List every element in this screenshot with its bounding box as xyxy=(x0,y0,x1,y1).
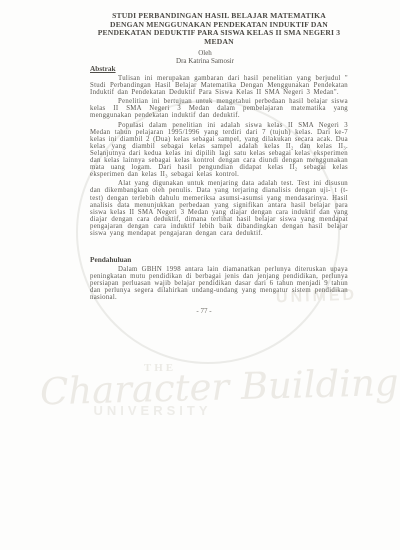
byline: Oleh Dra Katrina Samosir xyxy=(90,50,320,65)
introduction-paragraph-1: Dalam GBHN 1998 antara lain diamanatkan … xyxy=(90,266,348,301)
scanned-paper-page: UNIMED THE Character Building UNIVERSITY… xyxy=(0,0,400,550)
title-line-4: MEDAN xyxy=(80,38,358,47)
abstract-paragraph-1: Tulisan ini merupakan gambaran dari hasi… xyxy=(90,75,348,96)
abstract-paragraph-3: Populasi dalam penelitian ini adalah sis… xyxy=(90,122,348,179)
abstract-paragraph-2: Penelitian ini bertujuan untuk mengetahu… xyxy=(90,98,348,119)
page-number: - 77 - xyxy=(90,307,318,315)
abstract-section: Abstrak Tulisan ini merupakan gambaran d… xyxy=(90,65,348,237)
document-title: STUDI PERBANDINGAN HASIL BELAJAR MATEMAT… xyxy=(80,12,358,46)
abstract-paragraph-4: Alat yang digunakan untuk menjaring data… xyxy=(90,180,348,237)
introduction-section: Pendahuluan Dalam GBHN 1998 antara lain … xyxy=(90,256,348,301)
introduction-heading: Pendahuluan xyxy=(90,256,348,264)
abstract-heading: Abstrak xyxy=(90,65,348,73)
page-content: STUDI PERBANDINGAN HASIL BELAJAR MATEMAT… xyxy=(90,0,348,550)
